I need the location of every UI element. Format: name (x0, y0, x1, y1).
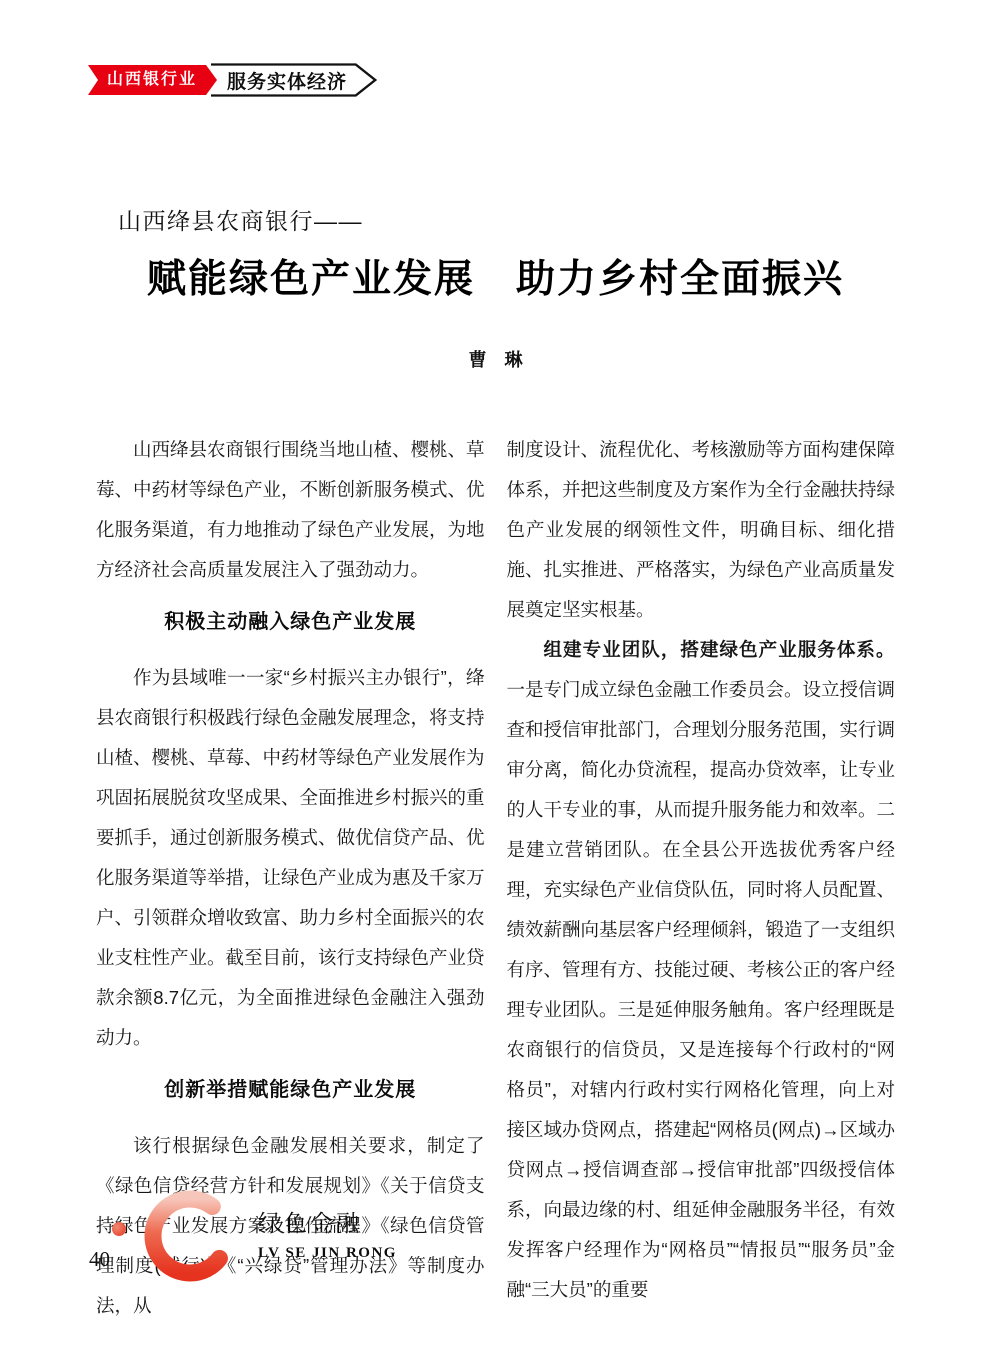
article-kicker: 山西绛县农商银行—— (118, 203, 363, 236)
red-ribbon-badge: 山西银行业 (88, 65, 217, 95)
paragraph-continuation: 制度设计、流程优化、考核激励等方面构建保障体系，并把这些制度及方案作为全行金融扶… (507, 430, 896, 630)
article-title: 赋能绿色产业发展 助力乡村全面振兴 (96, 248, 895, 304)
paragraph: 组建专业团队，搭建绿色产业服务体系。一是专门成立绿色金融工作委员会。设立授信调查… (507, 630, 896, 1310)
journal-logo-text: 绿色金融 LV SE JIN RONG (258, 1205, 397, 1262)
logo-dot-icon (112, 1222, 126, 1236)
journal-name-pinyin: LV SE JIN RONG (258, 1245, 397, 1262)
page-number: 40 (89, 1247, 110, 1272)
right-column: 制度设计、流程优化、考核激励等方面构建保障体系，并把这些制度及方案作为全行金融扶… (507, 430, 896, 1326)
paragraph: 山西绛县农商银行围绕当地山楂、樱桃、草莓、中药材等绿色产业，不断创新服务模式、优… (96, 430, 485, 590)
article-author: 曹 琳 (96, 346, 895, 372)
crescent-logo-icon (132, 1189, 248, 1283)
pennant-label: 服务实体经济 (227, 67, 347, 94)
paragraph: 作为县域唯一一家“乡村振兴主办银行”，绛县农商银行积极践行绿色金融发展理念，将支… (96, 658, 485, 1058)
section-heading-2: 创新举措赋能绿色产业发展 (96, 1070, 485, 1110)
section-heading-1: 积极主动融入绿色产业发展 (96, 602, 485, 642)
page-header-badge: 山西银行业 服务实体经济 (88, 63, 377, 97)
magazine-page: 山西银行业 服务实体经济 山西绛县农商银行—— 赋能绿色产业发展 助力乡村全面振… (0, 0, 992, 1346)
paragraph-text: 一是专门成立绿色金融工作委员会。设立授信调查和授信审批部门，合理划分服务范围，实… (507, 679, 896, 1300)
ribbon-label: 山西银行业 (107, 71, 197, 88)
journal-name: 绿色金融 (258, 1205, 397, 1238)
pennant-badge: 服务实体经济 (211, 63, 377, 97)
paragraph-lead-in: 组建专业团队，搭建绿色产业服务体系。 (544, 639, 896, 660)
